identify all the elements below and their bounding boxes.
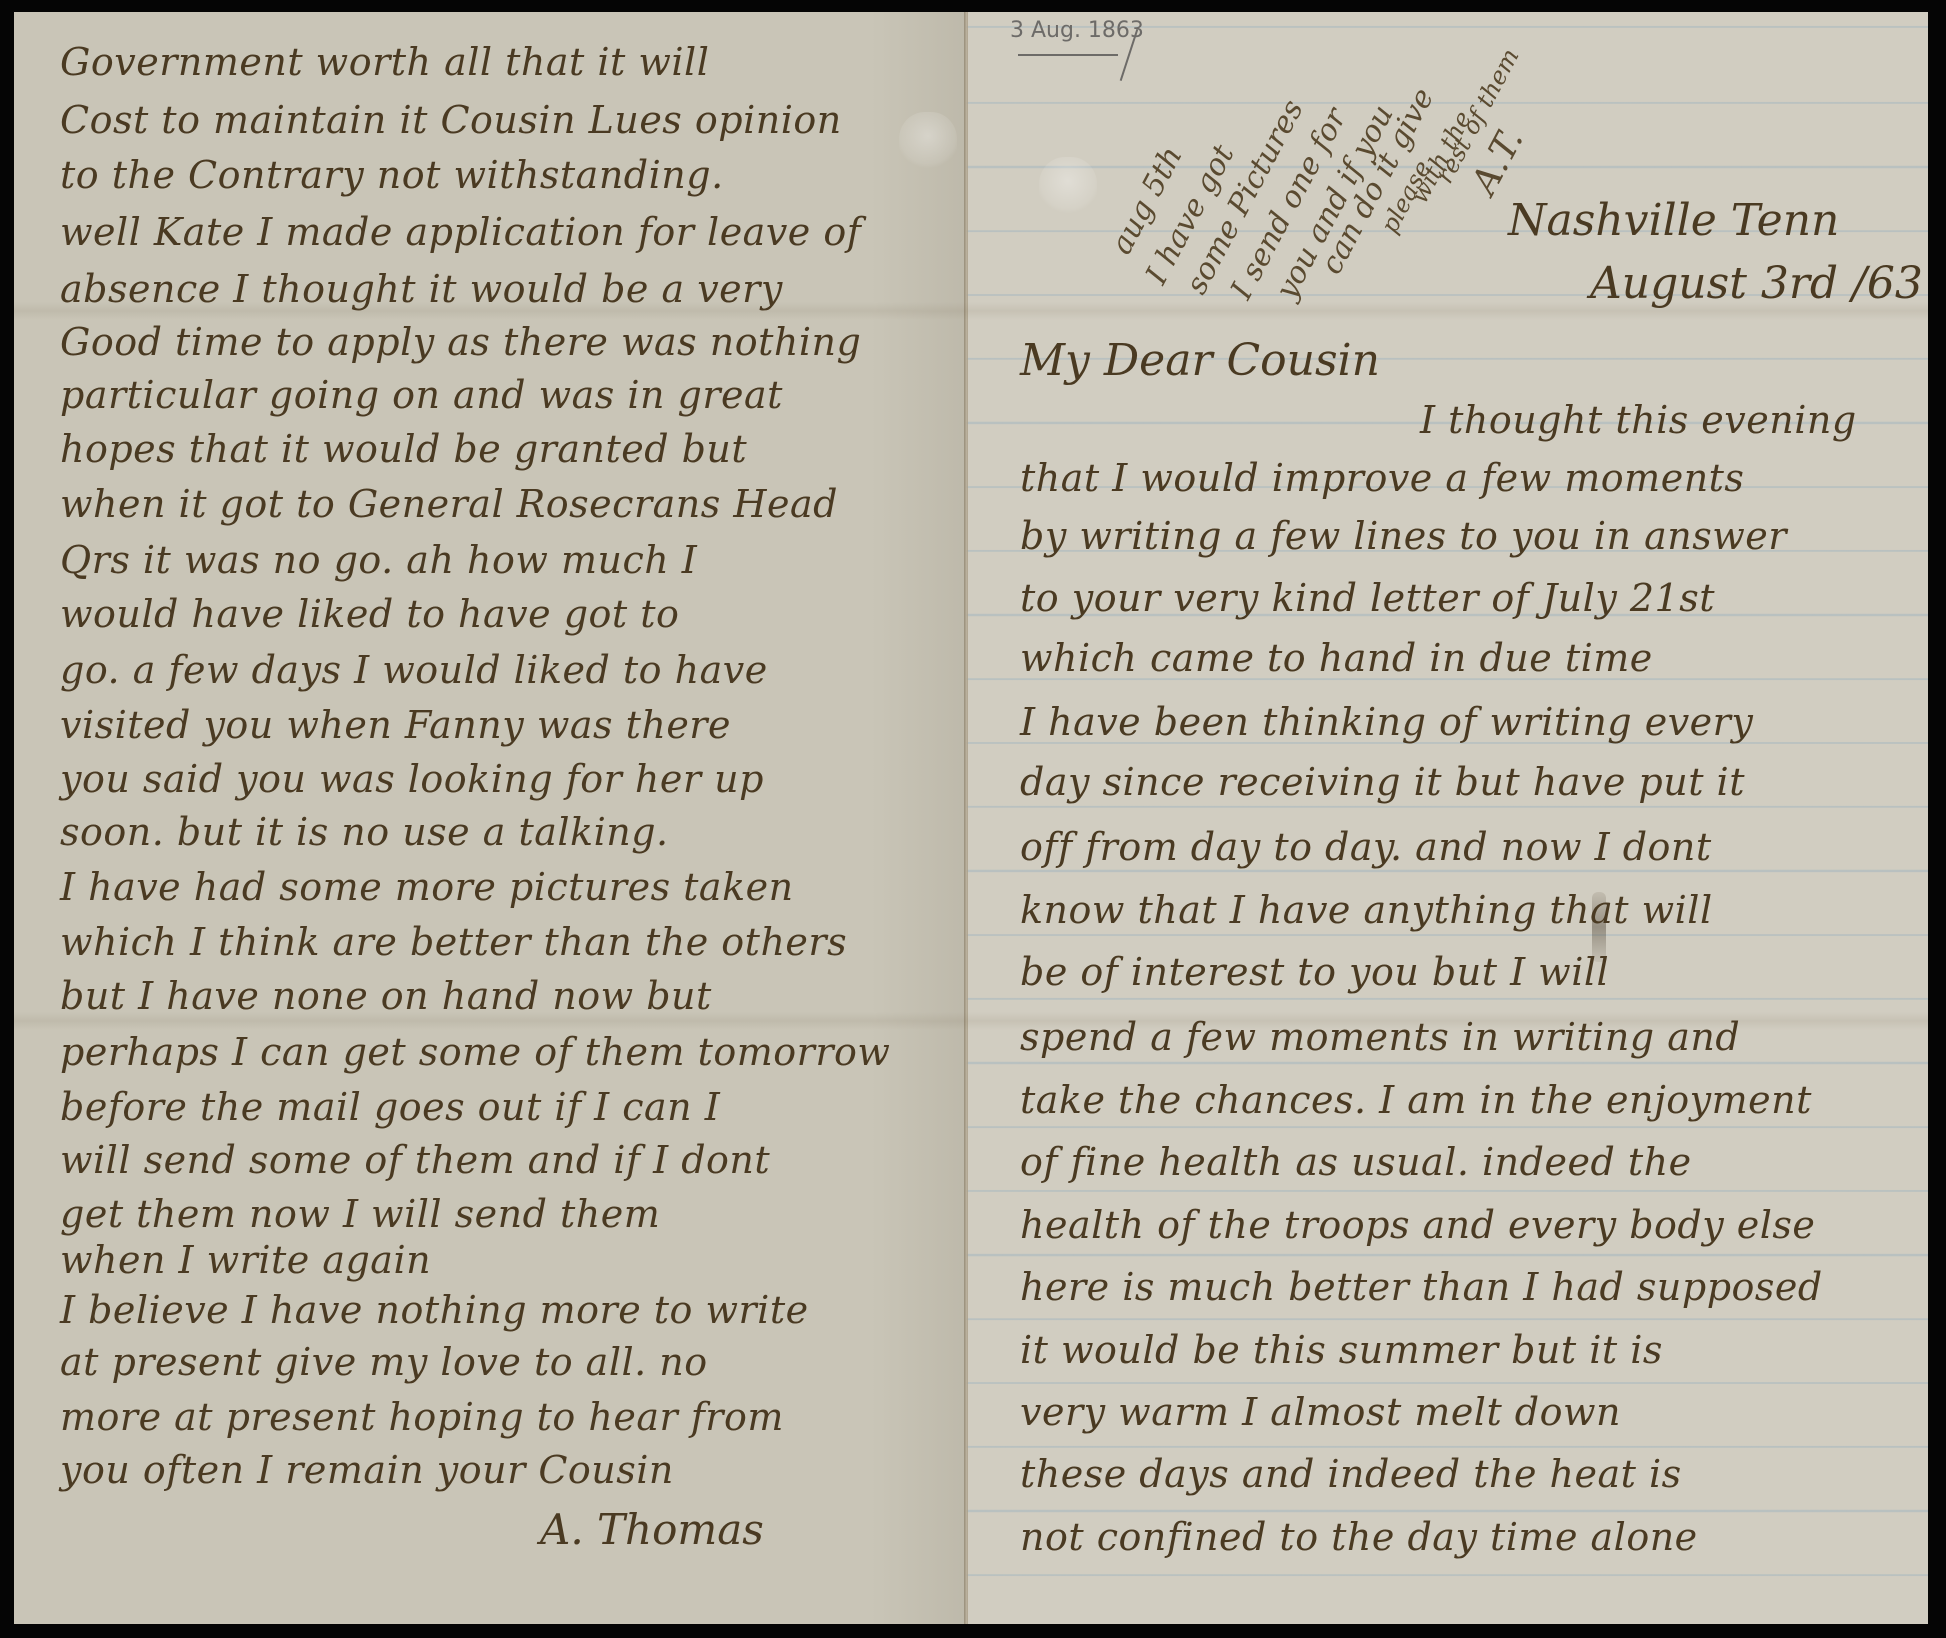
letter-line: absence I thought it would be a very — [60, 267, 783, 311]
letter-line: Cost to maintain it Cousin Lues opinion — [60, 98, 842, 142]
letter-line: at present give my love to all. no — [60, 1340, 708, 1384]
letter-line: that I would improve a few moments — [1020, 456, 1744, 500]
letter-line: day since receiving it but have put it — [1020, 760, 1745, 804]
right-page — [966, 12, 1928, 1624]
letter-line: before the mail goes out if I can I — [60, 1085, 720, 1129]
letter-line: which I think are better than the others — [60, 920, 847, 964]
letter-line: to the Contrary not withstanding. — [60, 153, 724, 197]
signature: A. Thomas — [540, 1505, 764, 1554]
letter-line: be of interest to you but I will — [1020, 950, 1609, 994]
letter-line: when I write again — [60, 1238, 431, 1282]
letter-line: take the chances. I am in the enjoyment — [1020, 1078, 1812, 1122]
letter-line: visited you when Fanny was there — [60, 703, 731, 747]
letter-line: more at present hoping to hear from — [60, 1395, 784, 1439]
letter-line: I thought this evening — [1420, 398, 1857, 442]
letter-line: Good time to apply as there was nothing — [60, 320, 861, 364]
letter-line: would have liked to have got to — [60, 592, 679, 636]
letter-line: perhaps I can get some of them tomorrow — [60, 1030, 890, 1074]
letter-line: I have been thinking of writing every — [1020, 700, 1753, 744]
archival-date-text: 3 Aug. 1863 — [1010, 18, 1144, 43]
letter-line: health of the troops and every body else — [1020, 1203, 1815, 1247]
annotation-underline — [1018, 54, 1118, 56]
letter-line: will send some of them and if I dont — [60, 1138, 770, 1182]
letter-line: of fine health as usual. indeed the — [1020, 1140, 1692, 1184]
letter-line: well Kate I made application for leave o… — [60, 210, 861, 254]
letter-line: Qrs it was no go. ah how much I — [60, 538, 697, 582]
letter-line: soon. but it is no use a talking. — [60, 810, 669, 854]
letter-line: but I have none on hand now but — [60, 974, 712, 1018]
letter-line: off from day to day. and now I dont — [1020, 825, 1712, 869]
letter-line: by writing a few lines to you in answer — [1020, 514, 1787, 558]
letter-line: hopes that it would be granted but — [60, 427, 747, 471]
letter-line: go. a few days I would liked to have — [60, 648, 768, 692]
letter-date: August 3rd /63 — [1590, 258, 1923, 309]
embossed-crown-stamp — [899, 112, 957, 172]
letter-line: when it got to General Rosecrans Head — [60, 482, 838, 526]
letter-line: Government worth all that it will — [60, 40, 709, 84]
letter-line: particular going on and was in great — [60, 373, 783, 417]
letter-place: Nashville Tenn — [1508, 195, 1839, 246]
letter-line: here is much better than I had supposed — [1020, 1265, 1823, 1309]
embossed-crown-stamp — [1039, 157, 1097, 217]
letter-line: you said you was looking for her up — [60, 757, 764, 801]
letter-line: it would be this summer but it is — [1020, 1328, 1663, 1372]
archival-date-annotation: 3 Aug. 1863 — [1010, 18, 1144, 43]
letter-line: spend a few moments in writing and — [1020, 1015, 1740, 1059]
center-seam — [964, 12, 968, 1624]
letter-line: these days and indeed the heat is — [1020, 1452, 1682, 1496]
letter-line: which came to hand in due time — [1020, 636, 1653, 680]
letter-line: I believe I have nothing more to write — [60, 1288, 809, 1332]
letter-line: get them now I will send them — [60, 1192, 660, 1236]
letter-line: to your very kind letter of July 21st — [1020, 576, 1715, 620]
salutation: My Dear Cousin — [1020, 335, 1380, 386]
letter-line: I have had some more pictures taken — [60, 865, 794, 909]
letter-line: very warm I almost melt down — [1020, 1390, 1621, 1434]
letter-line: not confined to the day time alone — [1020, 1515, 1698, 1559]
letter-line: know that I have anything that will — [1020, 888, 1713, 932]
letter-line: you often I remain your Cousin — [60, 1448, 674, 1492]
